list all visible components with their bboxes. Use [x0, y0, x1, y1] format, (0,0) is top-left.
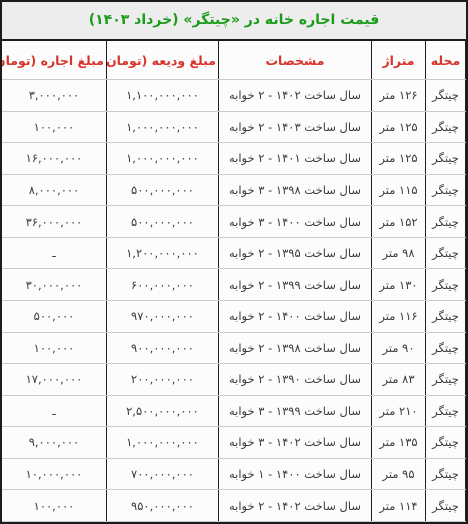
table-row: چیتگر ۸۳ متر سال ساخت ۱۳۹۰ - ۲ خوابه ۲۰۰…: [2, 364, 466, 396]
cell-rent: ۱۰,۰۰۰,۰۰۰: [2, 458, 107, 490]
rent-price-table: محله متراژ مشخصات مبلغ ودیعه (تومان) مبل…: [1, 40, 466, 522]
cell-area: ۱۲۵ متر: [372, 143, 426, 175]
header-area: متراژ: [372, 41, 426, 80]
cell-neighborhood: چیتگر: [426, 80, 466, 112]
cell-deposit: ۲,۵۰۰,۰۰۰,۰۰۰: [107, 395, 219, 427]
cell-neighborhood: چیتگر: [426, 206, 466, 238]
cell-specs: سال ساخت ۱۳۹۹ - ۳ خوابه: [219, 395, 372, 427]
cell-specs: سال ساخت ۱۴۰۲ - ۲ خوابه: [219, 490, 372, 522]
cell-rent: ۱۶,۰۰۰,۰۰۰: [2, 143, 107, 175]
table-row: چیتگر ۱۲۵ متر سال ساخت ۱۴۰۱ - ۲ خوابه ۱,…: [2, 143, 466, 175]
cell-area: ۹۰ متر: [372, 332, 426, 364]
cell-area: ۸۳ متر: [372, 364, 426, 396]
cell-rent: ۳,۰۰۰,۰۰۰: [2, 80, 107, 112]
cell-area: ۱۲۵ متر: [372, 111, 426, 143]
table-row: چیتگر ۱۳۰ متر سال ساخت ۱۳۹۹ - ۲ خوابه ۶۰…: [2, 269, 466, 301]
header-rent: مبلغ اجاره (تومان): [2, 41, 107, 80]
cell-deposit: ۱,۲۰۰,۰۰۰,۰۰۰: [107, 237, 219, 269]
cell-deposit: ۱,۰۰۰,۰۰۰,۰۰۰: [107, 427, 219, 459]
cell-rent: ۱۰۰,۰۰۰: [2, 490, 107, 522]
table-row: چیتگر ۱۱۵ متر سال ساخت ۱۳۹۸ - ۳ خوابه ۵۰…: [2, 174, 466, 206]
cell-neighborhood: چیتگر: [426, 332, 466, 364]
cell-neighborhood: چیتگر: [426, 427, 466, 459]
header-neighborhood: محله: [426, 41, 466, 80]
cell-rent: ۱۷,۰۰۰,۰۰۰: [2, 364, 107, 396]
cell-neighborhood: چیتگر: [426, 490, 466, 522]
cell-neighborhood: چیتگر: [426, 237, 466, 269]
cell-neighborhood: چیتگر: [426, 458, 466, 490]
table-title: قیمت اجاره خانه در «چیتگر» (خرداد ۱۴۰۳): [2, 2, 466, 40]
cell-deposit: ۹۵۰,۰۰۰,۰۰۰: [107, 490, 219, 522]
table-header-row: محله متراژ مشخصات مبلغ ودیعه (تومان) مبل…: [2, 41, 466, 80]
cell-area: ۲۱۰ متر: [372, 395, 426, 427]
cell-specs: سال ساخت ۱۴۰۳ - ۲ خوابه: [219, 111, 372, 143]
header-deposit: مبلغ ودیعه (تومان): [107, 41, 219, 80]
table-row: چیتگر ۱۲۶ متر سال ساخت ۱۴۰۲ - ۲ خوابه ۱,…: [2, 80, 466, 112]
cell-rent: ۹,۰۰۰,۰۰۰: [2, 427, 107, 459]
table-row: چیتگر ۹۵ متر سال ساخت ۱۴۰۰ - ۱ خوابه ۷۰۰…: [2, 458, 466, 490]
cell-rent: ـ: [2, 237, 107, 269]
table-row: چیتگر ۱۱۴ متر سال ساخت ۱۴۰۲ - ۲ خوابه ۹۵…: [2, 490, 466, 522]
table-row: چیتگر ۱۲۵ متر سال ساخت ۱۴۰۳ - ۲ خوابه ۱,…: [2, 111, 466, 143]
cell-neighborhood: چیتگر: [426, 111, 466, 143]
table-row: چیتگر ۱۳۵ متر سال ساخت ۱۴۰۲ - ۳ خوابه ۱,…: [2, 427, 466, 459]
cell-neighborhood: چیتگر: [426, 174, 466, 206]
cell-neighborhood: چیتگر: [426, 364, 466, 396]
cell-deposit: ۶۰۰,۰۰۰,۰۰۰: [107, 269, 219, 301]
cell-specs: سال ساخت ۱۴۰۲ - ۳ خوابه: [219, 427, 372, 459]
table-body: چیتگر ۱۲۶ متر سال ساخت ۱۴۰۲ - ۲ خوابه ۱,…: [2, 80, 466, 522]
cell-deposit: ۹۰۰,۰۰۰,۰۰۰: [107, 332, 219, 364]
cell-rent: ۳۶,۰۰۰,۰۰۰: [2, 206, 107, 238]
cell-area: ۱۱۵ متر: [372, 174, 426, 206]
cell-rent: ۱۰۰,۰۰۰: [2, 111, 107, 143]
cell-deposit: ۲۰۰,۰۰۰,۰۰۰: [107, 364, 219, 396]
cell-specs: سال ساخت ۱۴۰۰ - ۳ خوابه: [219, 206, 372, 238]
cell-area: ۱۳۵ متر: [372, 427, 426, 459]
cell-area: ۹۸ متر: [372, 237, 426, 269]
cell-deposit: ۷۰۰,۰۰۰,۰۰۰: [107, 458, 219, 490]
table-row: چیتگر ۱۵۲ متر سال ساخت ۱۴۰۰ - ۳ خوابه ۵۰…: [2, 206, 466, 238]
table-row: چیتگر ۹۰ متر سال ساخت ۱۳۹۸ - ۲ خوابه ۹۰۰…: [2, 332, 466, 364]
cell-neighborhood: چیتگر: [426, 300, 466, 332]
cell-specs: سال ساخت ۱۳۹۸ - ۳ خوابه: [219, 174, 372, 206]
cell-area: ۱۵۲ متر: [372, 206, 426, 238]
cell-neighborhood: چیتگر: [426, 269, 466, 301]
cell-deposit: ۵۰۰,۰۰۰,۰۰۰: [107, 174, 219, 206]
cell-specs: سال ساخت ۱۳۹۸ - ۲ خوابه: [219, 332, 372, 364]
cell-deposit: ۱,۰۰۰,۰۰۰,۰۰۰: [107, 111, 219, 143]
cell-specs: سال ساخت ۱۳۹۵ - ۲ خوابه: [219, 237, 372, 269]
cell-specs: سال ساخت ۱۳۹۹ - ۲ خوابه: [219, 269, 372, 301]
table-row: چیتگر ۹۸ متر سال ساخت ۱۳۹۵ - ۲ خوابه ۱,۲…: [2, 237, 466, 269]
header-specs: مشخصات: [219, 41, 372, 80]
table-row: چیتگر ۱۱۶ متر سال ساخت ۱۴۰۰ - ۲ خوابه ۹۷…: [2, 300, 466, 332]
cell-rent: ۳۰,۰۰۰,۰۰۰: [2, 269, 107, 301]
cell-area: ۹۵ متر: [372, 458, 426, 490]
cell-deposit: ۵۰۰,۰۰۰,۰۰۰: [107, 206, 219, 238]
cell-rent: ـ: [2, 395, 107, 427]
cell-area: ۱۲۶ متر: [372, 80, 426, 112]
cell-deposit: ۱,۱۰۰,۰۰۰,۰۰۰: [107, 80, 219, 112]
cell-neighborhood: چیتگر: [426, 395, 466, 427]
cell-deposit: ۹۷۰,۰۰۰,۰۰۰: [107, 300, 219, 332]
cell-specs: سال ساخت ۱۴۰۰ - ۲ خوابه: [219, 300, 372, 332]
cell-rent: ۸,۰۰۰,۰۰۰: [2, 174, 107, 206]
cell-specs: سال ساخت ۱۴۰۱ - ۲ خوابه: [219, 143, 372, 175]
rent-price-table-panel: قیمت اجاره خانه در «چیتگر» (خرداد ۱۴۰۳) …: [0, 0, 468, 524]
cell-specs: سال ساخت ۱۳۹۰ - ۲ خوابه: [219, 364, 372, 396]
cell-deposit: ۱,۰۰۰,۰۰۰,۰۰۰: [107, 143, 219, 175]
cell-specs: سال ساخت ۱۴۰۲ - ۲ خوابه: [219, 80, 372, 112]
table-row: چیتگر ۲۱۰ متر سال ساخت ۱۳۹۹ - ۳ خوابه ۲,…: [2, 395, 466, 427]
cell-area: ۱۱۶ متر: [372, 300, 426, 332]
cell-rent: ۵۰۰,۰۰۰: [2, 300, 107, 332]
cell-area: ۱۳۰ متر: [372, 269, 426, 301]
cell-neighborhood: چیتگر: [426, 143, 466, 175]
cell-rent: ۱۰۰,۰۰۰: [2, 332, 107, 364]
cell-specs: سال ساخت ۱۴۰۰ - ۱ خوابه: [219, 458, 372, 490]
cell-area: ۱۱۴ متر: [372, 490, 426, 522]
